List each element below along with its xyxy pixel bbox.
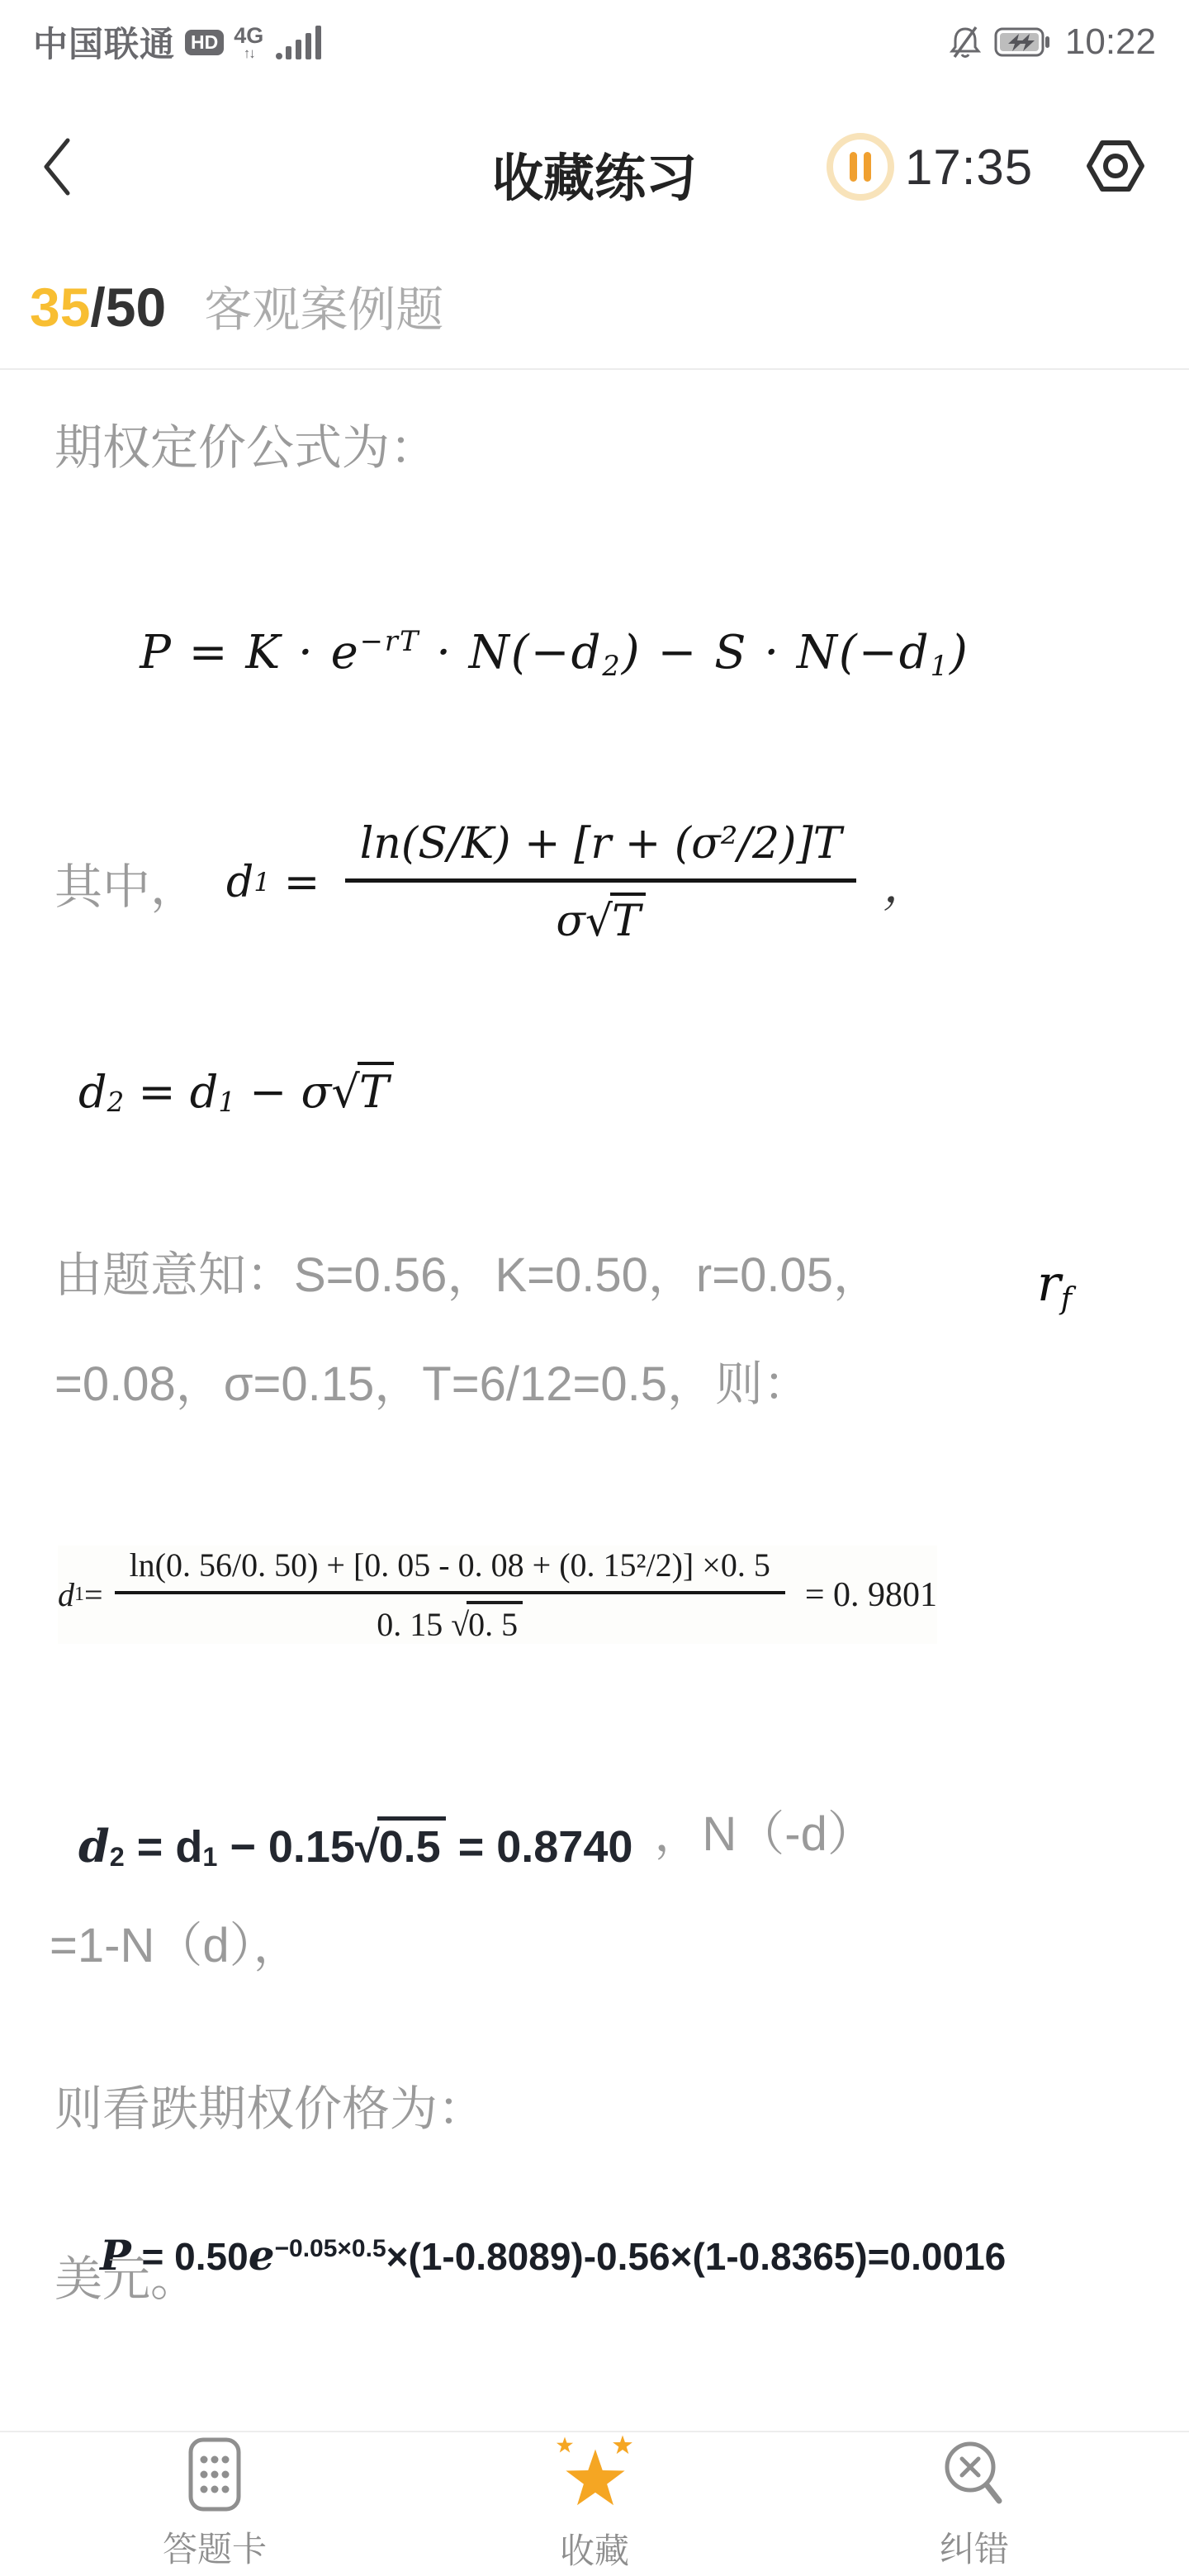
formula-token: − σ bbox=[235, 1066, 331, 1118]
fraction-numerator: ln(S/K) + [r + (σ²/2)]T bbox=[345, 819, 857, 883]
calculation-d1: d1 = ln(0. 56/0. 50) + [0. 05 - 0. 08 + … bbox=[58, 1546, 937, 1644]
answer-card-icon bbox=[187, 2436, 242, 2512]
carrier-label: 中国联通 bbox=[33, 17, 175, 67]
magnifier-error-icon bbox=[941, 2436, 1007, 2512]
progress-total: 50 bbox=[106, 276, 166, 339]
formula-token: d bbox=[78, 1066, 107, 1118]
formula-token: = bbox=[84, 1575, 103, 1614]
formula-d1: d1 = ln(S/K) + [r + (σ²/2)]T σ√T bbox=[226, 819, 868, 946]
calculation-d2-row: d2 = d1 − 0.15√0.5 = 0.8740 ，N（-d） bbox=[78, 1810, 875, 1879]
formula-token: − 0.15 bbox=[217, 1821, 355, 1873]
formula-token: P = K · e bbox=[140, 626, 360, 680]
formula-token: 0. 15 bbox=[377, 1605, 451, 1644]
network-activity-arrows-icon: ↑↓ bbox=[244, 46, 254, 60]
header-divider bbox=[0, 368, 1189, 370]
formula-token: ) − S · N(−d bbox=[622, 626, 931, 680]
formula-token: d bbox=[78, 1820, 110, 1873]
nut-settings-icon bbox=[1085, 135, 1146, 197]
quiz-screen: 中国联通 HD 4G ↑↓ bbox=[0, 0, 1189, 2576]
given-values-line1: 由题意知：S=0.56，K=0.50，r=0.05， bbox=[54, 1243, 881, 1308]
currency-label: 美元。 bbox=[54, 2247, 198, 2312]
formula-token: d bbox=[226, 858, 253, 907]
formula-d2: d2 = d1 − σ√T bbox=[78, 1062, 394, 1118]
formula-subscript: 1 bbox=[202, 1842, 217, 1873]
fraction-denominator: 0. 15 √0. 5 bbox=[377, 1594, 523, 1644]
fraction: ln(0. 56/0. 50) + [0. 05 - 0. 08 + (0. 1… bbox=[115, 1546, 785, 1644]
formula-token: = 0.8740 bbox=[446, 1821, 633, 1873]
nav-item-favorite[interactable]: 收藏 bbox=[504, 2432, 685, 2576]
bell-off-icon bbox=[946, 23, 984, 61]
formula-token: ×(1-0.8089)-0.56×(1-0.8365)=0.0016 bbox=[386, 2235, 1007, 2278]
formula-comma: ， bbox=[883, 850, 929, 916]
formula-token: = d bbox=[124, 1066, 218, 1118]
nav-label: 纠错 bbox=[940, 2522, 1009, 2572]
calculation-d2: d2 = d1 − 0.15√0.5 = 0.8740 bbox=[78, 1816, 632, 1873]
formula-put-pricing: P = K · e−rT · N(−d2) − S · N(−d1) bbox=[74, 571, 969, 736]
formula-token: d bbox=[58, 1575, 74, 1614]
nav-label: 答题卡 bbox=[163, 2522, 267, 2572]
radical-sign: √ bbox=[585, 897, 613, 946]
formula-token: = bbox=[270, 858, 334, 907]
status-clock: 10:22 bbox=[1065, 21, 1156, 63]
nd-identity-end: =1-N（d）， bbox=[50, 1914, 301, 1978]
formula-exponent: −0.05×0.5 bbox=[275, 2235, 386, 2262]
calculation-put-price: P = 0.50e−0.05×0.5×(1-0.8089)-0.56×(1-0.… bbox=[58, 2186, 1006, 2324]
formula-subscript: 1 bbox=[218, 1087, 235, 1118]
formula-exponent: −rT bbox=[360, 625, 420, 657]
hd-badge: HD bbox=[185, 30, 224, 55]
d1-definition-row: 其中， d1 = ln(S/K) + [r + (σ²/2)]T σ√T ， bbox=[54, 819, 929, 946]
status-left: 中国联通 HD 4G ↑↓ bbox=[33, 17, 328, 67]
status-right: 10:22 bbox=[946, 21, 1156, 63]
question-type-label: 客观案例题 bbox=[204, 271, 443, 340]
nav-item-error-correction[interactable]: 纠错 bbox=[883, 2432, 1065, 2576]
nav-item-answer-card[interactable]: 答题卡 bbox=[124, 2432, 306, 2576]
battery-charging-icon bbox=[994, 26, 1050, 59]
fraction-numerator: ln(0. 56/0. 50) + [0. 05 - 0. 08 + (0. 1… bbox=[115, 1546, 785, 1594]
whereby-label: 其中， bbox=[54, 848, 198, 917]
rf-symbol: rf bbox=[1037, 1255, 1072, 1316]
progress-separator: / bbox=[90, 276, 105, 339]
progress-row: 35 / 50 客观案例题 bbox=[30, 271, 443, 340]
radical-argument: 0.5 bbox=[377, 1816, 446, 1873]
nd-identity-start: ，N（-d） bbox=[654, 1795, 874, 1864]
progress-current: 35 bbox=[30, 276, 90, 339]
formula-subscript: 1 bbox=[74, 1584, 84, 1606]
radical-sign: √ bbox=[331, 1066, 359, 1118]
formula-subscript: 1 bbox=[253, 868, 270, 897]
formula-token: ) bbox=[950, 626, 969, 680]
formula-subscript: 1 bbox=[931, 650, 950, 682]
d1-result: = 0. 9801 bbox=[805, 1575, 937, 1615]
radical-argument: T bbox=[358, 1062, 394, 1118]
status-bar: 中国联通 HD 4G ↑↓ bbox=[0, 0, 1189, 76]
settings-button[interactable] bbox=[1085, 135, 1146, 197]
put-price-intro: 则看跌期权价格为： bbox=[54, 2077, 486, 2142]
pause-circle-icon bbox=[824, 130, 897, 203]
radical-argument: T bbox=[610, 893, 646, 946]
formula-subscript: f bbox=[1061, 1282, 1072, 1316]
formula-subscript: 2 bbox=[107, 1087, 125, 1118]
intro-text: 期权定价公式为： bbox=[54, 416, 438, 481]
network-type-label: 4G bbox=[234, 25, 263, 47]
radical-argument: 0. 5 bbox=[467, 1601, 523, 1644]
star-icon bbox=[552, 2435, 637, 2514]
given-values-line2: =0.08，σ=0.15，T=6/12=0.5，则： bbox=[54, 1352, 811, 1417]
formula-token: σ bbox=[556, 897, 585, 946]
timer-value: 17:35 bbox=[905, 139, 1033, 196]
network-indicator: 4G ↑↓ bbox=[234, 25, 263, 60]
formula-subscript: 2 bbox=[602, 650, 621, 682]
pause-button[interactable] bbox=[824, 130, 897, 203]
formula-token: = d bbox=[125, 1821, 203, 1873]
signal-bars-icon bbox=[273, 23, 328, 61]
formula-token: e bbox=[249, 2231, 275, 2280]
fraction-denominator: σ√T bbox=[556, 883, 645, 946]
fraction: ln(S/K) + [r + (σ²/2)]T σ√T bbox=[345, 819, 857, 946]
radical-sign: √ bbox=[355, 1821, 380, 1873]
formula-subscript: 2 bbox=[110, 1842, 125, 1873]
formula-token: r bbox=[1037, 1255, 1061, 1313]
formula-token: · N(−d bbox=[419, 626, 602, 680]
bottom-nav: 答题卡 收藏 纠错 bbox=[0, 2431, 1189, 2576]
nav-label: 收藏 bbox=[560, 2524, 629, 2574]
